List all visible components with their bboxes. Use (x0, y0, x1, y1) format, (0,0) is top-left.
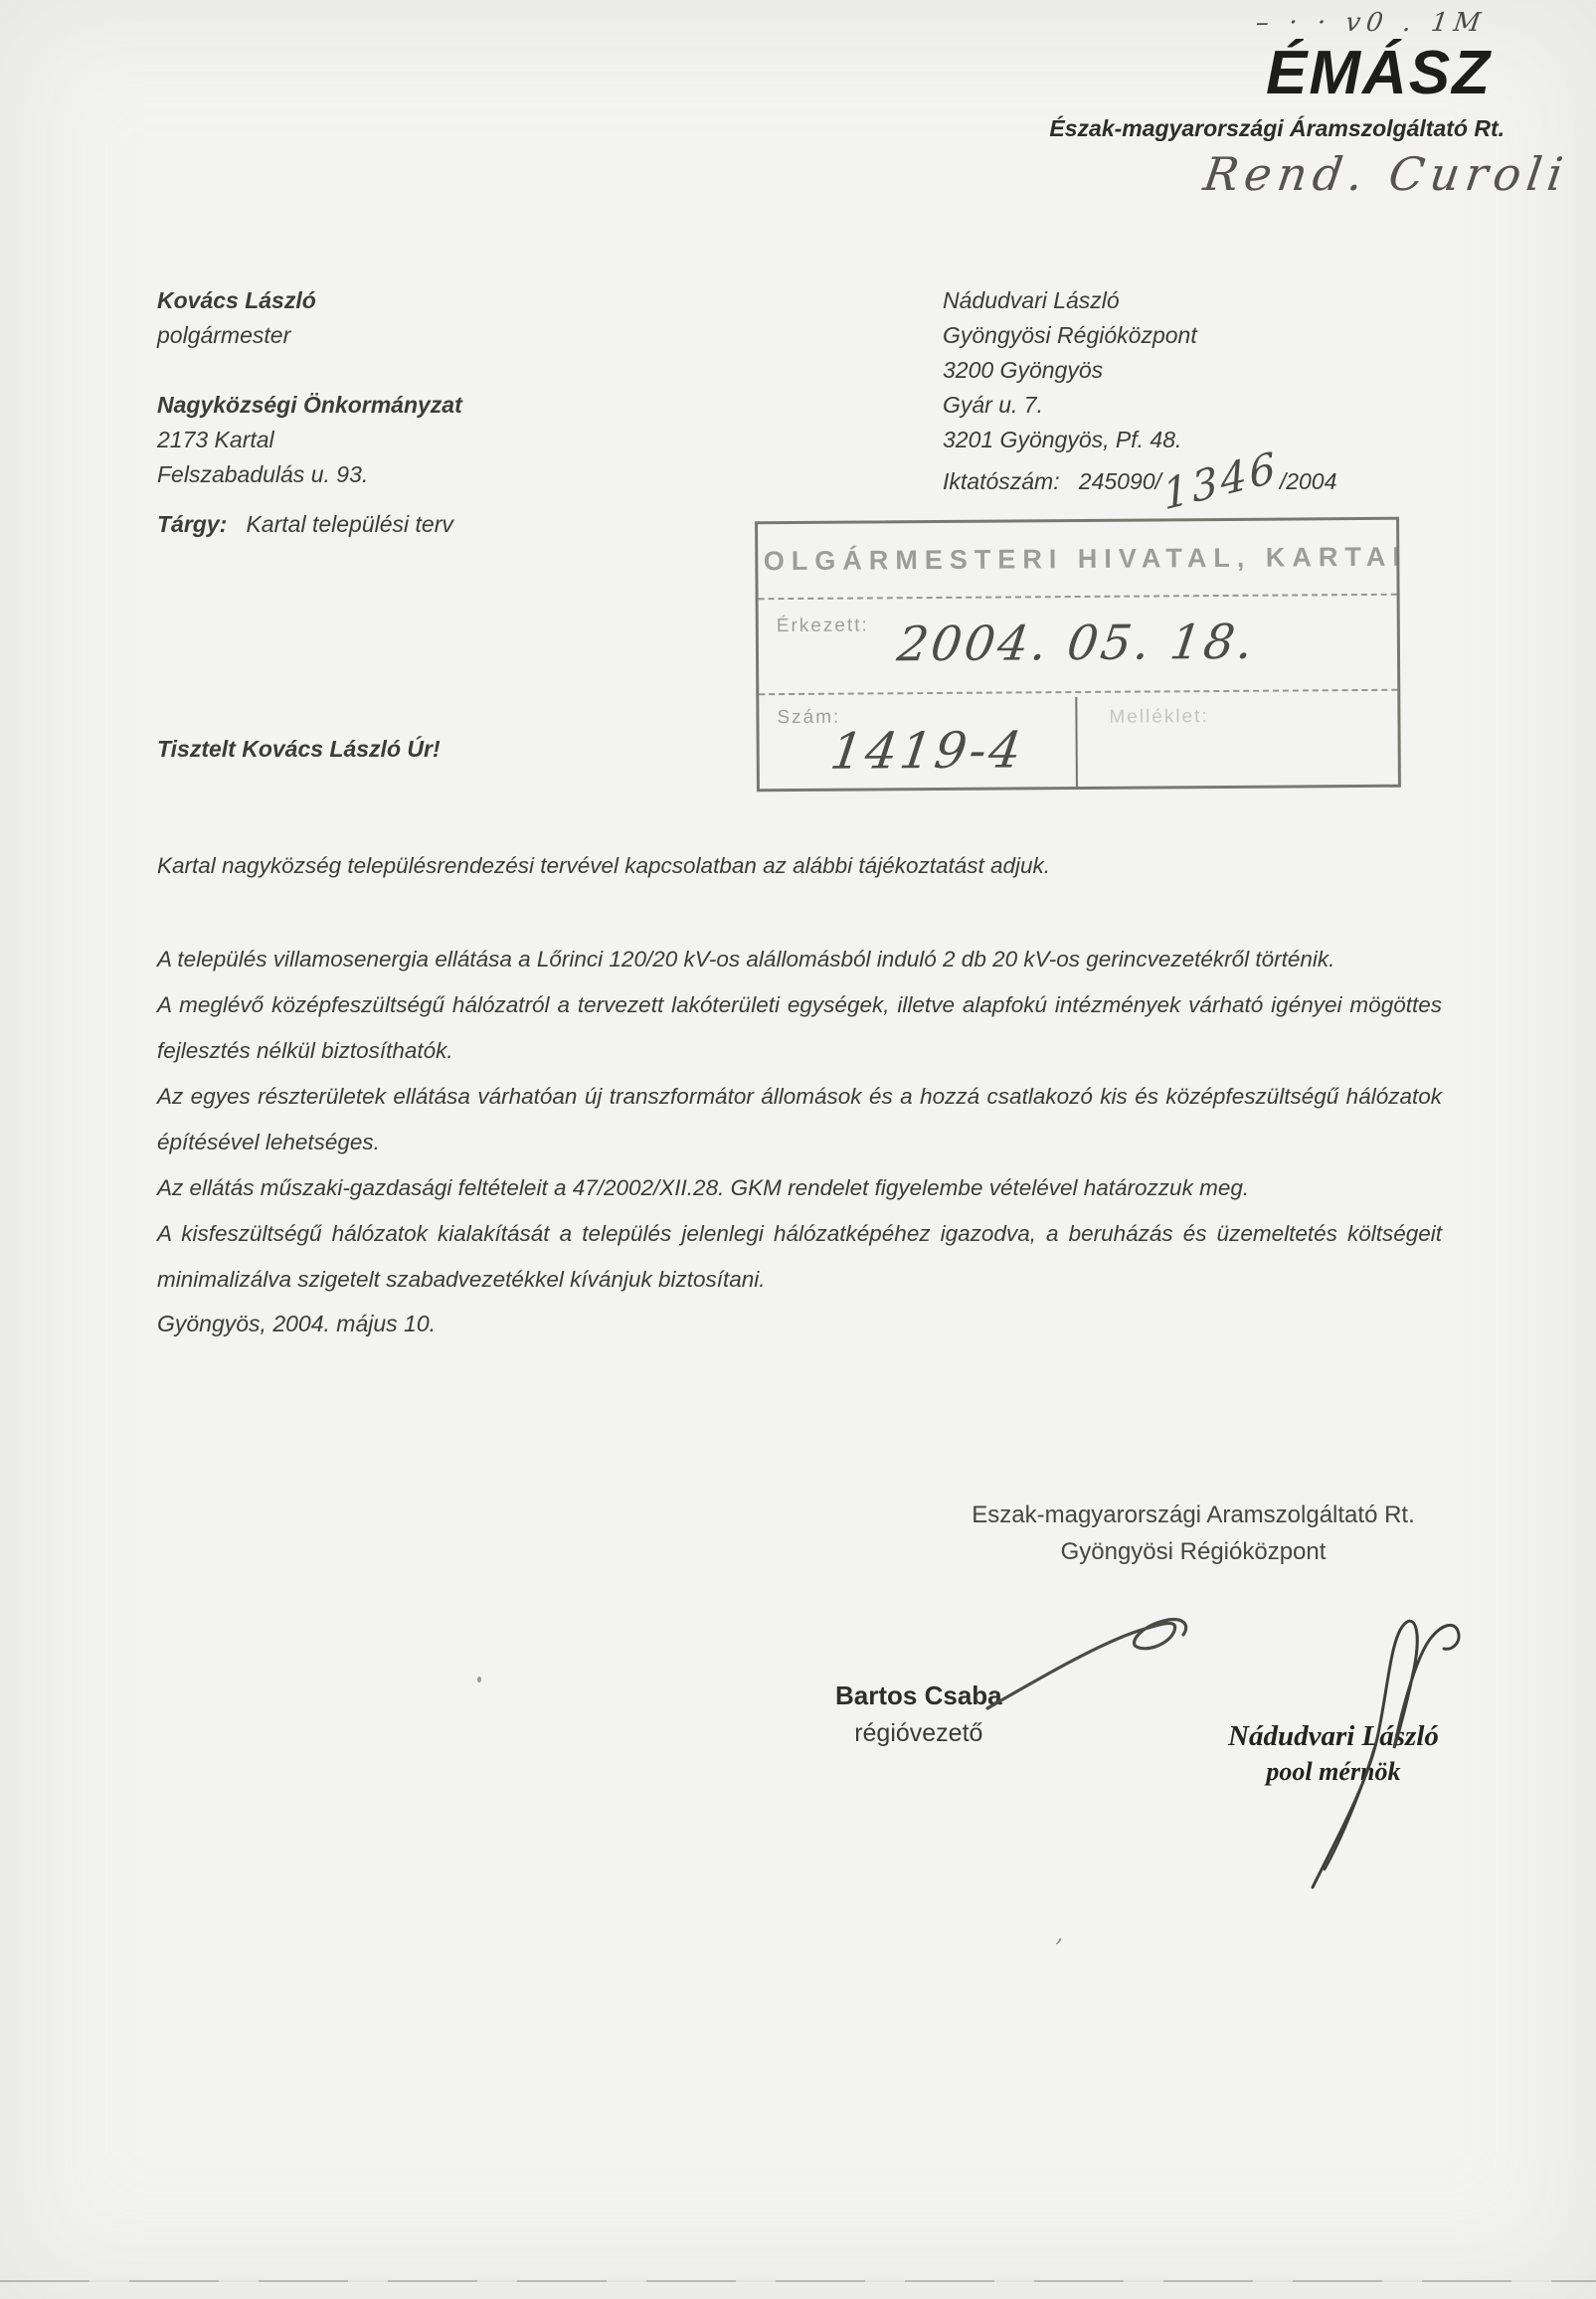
signer-left-title: régióvezető (835, 1719, 1002, 1748)
signer-right-name: Nádudvari László (1228, 1720, 1439, 1753)
recipient-org: Nagyközségi Önkormányzat (157, 388, 462, 423)
stamp-number-label: Szám: (777, 707, 840, 729)
stamp-number-row: Szám: 1419-4 Melléklet: (759, 691, 1398, 789)
sender-name: Nádudvari László (943, 283, 1336, 318)
stamp-received-date-handwritten: 2004. 05. 18. (894, 615, 1259, 673)
reference-suffix: /2004 (1280, 468, 1337, 494)
closing-company-block: Eszak-magyarországi Aramszolgáltató Rt. … (925, 1497, 1462, 1570)
pencil-annotation-top: – · · v0 . 1M (1254, 8, 1489, 38)
recipient-address-block: Kovács László polgármester Nagyközségi Ö… (157, 283, 462, 492)
subject-label: Tárgy: (157, 511, 227, 537)
body-paragraph: Az egyes részterületek ellátása várhatóa… (157, 1074, 1442, 1165)
signature-left (979, 1609, 1198, 1718)
sender-address-block: Nádudvari László Gyöngyösi Régióközpont … (943, 283, 1336, 499)
spacer (157, 353, 462, 388)
letter-body: Kartal nagyközség településrendezési ter… (157, 843, 1442, 1303)
body-paragraph: A kisfeszültségű hálózatok kialakítását … (157, 1211, 1442, 1303)
handwritten-routing-note: Rend. Curoli (1200, 147, 1572, 201)
stamp-office-name: POLGÁRMESTERI HIVATAL, KARTAL (758, 520, 1397, 600)
greeting-line: Tisztelt Kovács László Úr! (157, 736, 441, 763)
reference-handwritten-number: 1346 (1161, 449, 1280, 513)
receipt-stamp: POLGÁRMESTERI HIVATAL, KARTAL Érkezett: … (755, 517, 1401, 793)
signer-right-block: Nádudvari László pool mérnök (1228, 1720, 1439, 1787)
sender-postal: 3201 Gyöngyös, Pf. 48. (943, 423, 1336, 457)
subject-text: Kartal települési terv (246, 511, 452, 537)
letterhead-company-name: Észak-magyarországi Áramszolgáltató Rt. (1049, 115, 1505, 142)
recipient-city: 2173 Kartal (157, 423, 462, 457)
recipient-title: polgármester (157, 318, 462, 353)
body-paragraph: A település villamosenergia ellátása a L… (157, 937, 1442, 982)
stamp-vertical-divider (1075, 697, 1078, 787)
reference-label: Iktatószám: (943, 468, 1060, 494)
signer-right-title: pool mérnök (1228, 1757, 1439, 1787)
stamp-number-handwritten: 1419-4 (827, 721, 1028, 780)
dateline: Gyöngyös, 2004. május 10. (157, 1311, 436, 1337)
sender-city: 3200 Gyöngyös (943, 353, 1336, 388)
signer-left-block: Bartos Csaba régióvezető (835, 1680, 1002, 1748)
signer-left-name: Bartos Csaba (835, 1680, 1002, 1711)
closing-company-branch: Gyöngyösi Régióközpont (925, 1533, 1462, 1570)
stamp-received-label: Érkezett: (777, 615, 869, 637)
sender-street: Gyár u. 7. (943, 388, 1336, 423)
sender-org: Gyöngyösi Régióközpont (943, 318, 1336, 353)
stamp-attachment-label: Melléklet: (1109, 706, 1208, 729)
recipient-street: Felszabadulás u. 93. (157, 457, 462, 492)
body-paragraph: Kartal nagyközség településrendezési ter… (157, 843, 1442, 889)
stamp-received-row: Érkezett: 2004. 05. 18. (759, 596, 1398, 695)
stray-dot (477, 1677, 481, 1682)
body-paragraph: A meglévő középfeszültségű hálózatról a … (157, 982, 1442, 1074)
scanned-letter-page: – · · v0 . 1M ÉMÁSZ Észak-magyarországi … (0, 0, 1596, 2299)
reference-number-line: Iktatószám: 245090/1346/2004 (943, 457, 1336, 499)
body-paragraph: Az ellátás műszaki-gazdasági feltételeit… (157, 1165, 1442, 1211)
reference-prefix: 245090/ (1079, 468, 1161, 494)
stray-mark: ’ (1052, 1934, 1067, 1962)
scanner-artifact-line (0, 2280, 1596, 2282)
recipient-name: Kovács László (157, 283, 462, 318)
closing-company-name: Eszak-magyarországi Aramszolgáltató Rt. (925, 1497, 1462, 1533)
emasz-logo: ÉMÁSZ (1266, 38, 1492, 108)
subject-line: Tárgy: Kartal települési terv (157, 511, 453, 538)
